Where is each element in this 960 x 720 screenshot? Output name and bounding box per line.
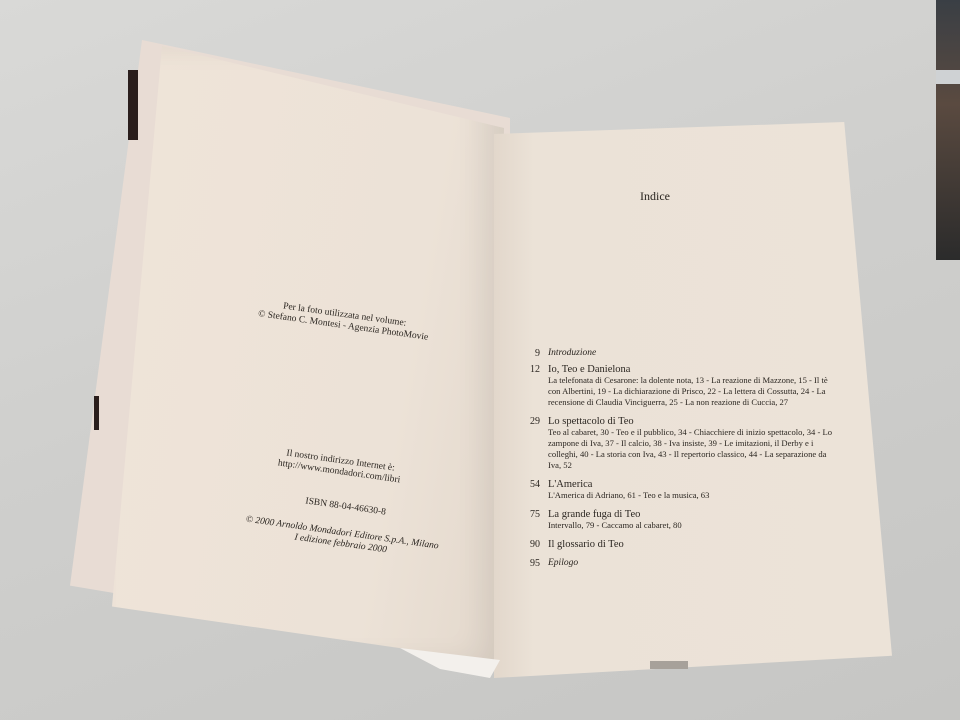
toc-entry: 90 Il glossario di Teo	[522, 539, 822, 550]
toc-subsections: Intervallo, 79 - Caccamo al cabaret, 80	[548, 520, 838, 531]
table-of-contents: 9 Introduzione 12 Io, Teo e Danielona La…	[522, 348, 822, 574]
cover-spine-mark	[128, 70, 138, 140]
toc-entry: 95 Epilogo	[522, 558, 822, 568]
toc-title: Io, Teo e Danielona	[548, 364, 822, 375]
toc-entry: 75 La grande fuga di Teo Intervallo, 79 …	[522, 509, 822, 531]
toc-title: Lo spettacolo di Teo	[548, 416, 822, 427]
toc-title: L'America	[548, 479, 822, 490]
toc-page-number: 9	[522, 348, 540, 359]
price-sticker	[650, 661, 688, 669]
toc-title: La grande fuga di Teo	[548, 509, 822, 520]
toc-page-number: 75	[522, 509, 540, 520]
left-page	[112, 46, 504, 662]
toc-page-number: 29	[522, 416, 540, 427]
toc-title: Introduzione	[548, 348, 822, 358]
toc-page-number: 90	[522, 539, 540, 550]
toc-entry: 12 Io, Teo e Danielona La telefonata di …	[522, 364, 822, 408]
toc-page-number: 12	[522, 364, 540, 375]
toc-title: Epilogo	[548, 558, 822, 568]
toc-entry: 54 L'America L'America di Adriano, 61 - …	[522, 479, 822, 501]
toc-entry: 9 Introduzione	[522, 348, 822, 358]
background-object	[936, 0, 960, 260]
toc-subsections: Teo al cabaret, 30 - Teo e il pubblico, …	[548, 427, 838, 471]
toc-title: Il glossario di Teo	[548, 539, 822, 550]
toc-page-number: 54	[522, 479, 540, 490]
toc-entry: 29 Lo spettacolo di Teo Teo al cabaret, …	[522, 416, 822, 471]
cover-spine-mark	[94, 396, 99, 430]
toc-subsections: L'America di Adriano, 61 - Teo e la musi…	[548, 490, 838, 501]
index-title: Indice	[640, 189, 670, 204]
toc-subsections: La telefonata di Cesarone: la dolente no…	[548, 375, 838, 408]
toc-page-number: 95	[522, 558, 540, 569]
